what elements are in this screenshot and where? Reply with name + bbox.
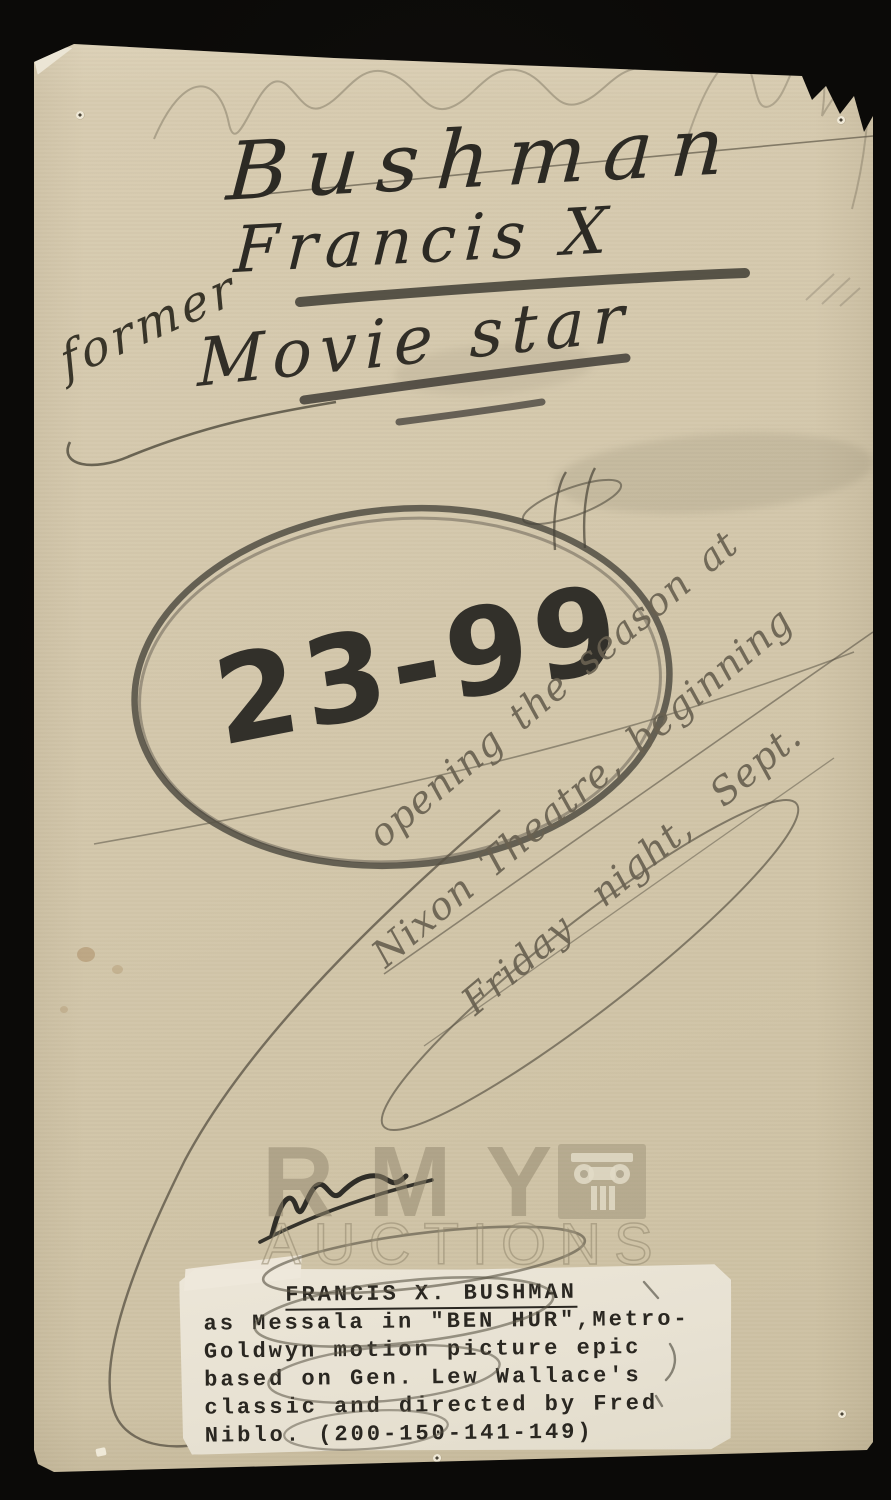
- torn-corner-flap: [30, 41, 74, 75]
- pinhole: [837, 116, 846, 125]
- pinhole: [76, 111, 85, 120]
- caption-line: Niblo. (200-150-141-149): [205, 1417, 733, 1451]
- torn-edge-chip: [821, 68, 837, 82]
- caption-line: classic and directed by Fred: [204, 1389, 732, 1423]
- caption-line: as Messala in "BEN HUR",Metro-: [203, 1305, 731, 1339]
- stain: [77, 947, 95, 962]
- photo-paper: Bushman Francis X former Movie star 23-9…: [34, 44, 873, 1472]
- pinhole: [433, 1454, 442, 1463]
- flourish-former: [68, 402, 336, 465]
- scanned-photo-back: { "photo_back": { "handwriting": { "surn…: [0, 0, 891, 1500]
- dark-scribble-strike: [260, 1180, 432, 1242]
- crossed-hash-mark: [554, 472, 566, 550]
- stain: [112, 965, 123, 974]
- crossed-hash-mark: [584, 468, 595, 548]
- faint-hatch: [806, 274, 860, 306]
- stain: [60, 1006, 68, 1013]
- paper-chip: [95, 1447, 106, 1457]
- pinhole: [838, 1410, 847, 1419]
- watermark-text-outline: AUCTIONS: [262, 1216, 666, 1274]
- underline-star: [399, 402, 542, 422]
- typed-caption-label: FRANCIS X. BUSHMAN as Messala in "BEN HU…: [179, 1263, 733, 1455]
- diagonal-pencil-note: opening the season at Nixon Theatre, beg…: [273, 438, 891, 1192]
- dark-scribble: [272, 1176, 406, 1235]
- crossed-hash-loop: [518, 471, 625, 533]
- handwritten-role: Movie star: [197, 279, 632, 402]
